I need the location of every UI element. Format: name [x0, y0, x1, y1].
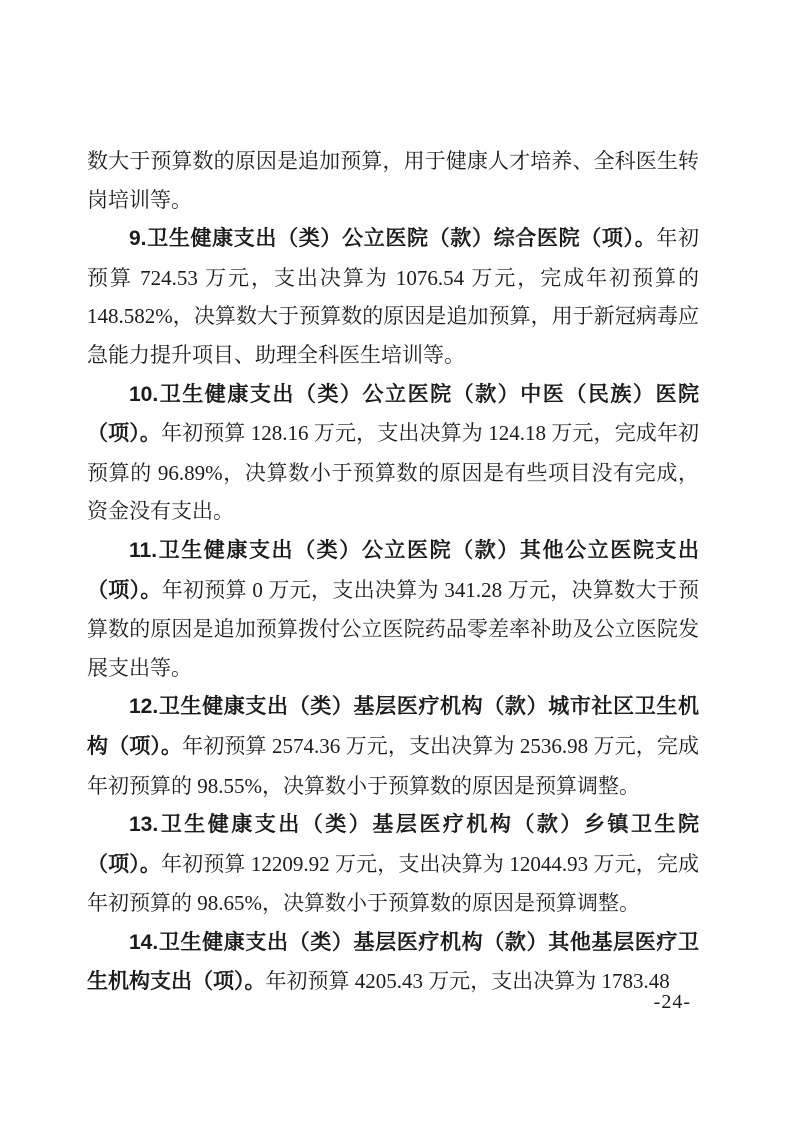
document-page: 数大于预算数的原因是追加预算，用于健康人才培养、全科医生转岗培训等。 9.卫生健… — [0, 0, 793, 1122]
paragraph-body: 数大于预算数的原因是追加预算，用于健康人才培养、全科医生转岗培训等。 — [87, 149, 699, 212]
paragraph-body: 年初预算 128.16 万元，支出决算为 124.18 万元，完成年初预算的 9… — [87, 421, 699, 523]
paragraph-body: 年初预算 4205.43 万元，支出决算为 1783.48 — [266, 969, 670, 993]
paragraph-heading: 9.卫生健康支出（类）公立医院（款）综合医院（项）。 — [129, 227, 656, 250]
paragraph-item-12: 12.卫生健康支出（类）基层医疗机构（款）城市社区卫生机构（项）。年初预算 25… — [87, 687, 699, 805]
paragraph-item-14: 14.卫生健康支出（类）基层医疗机构（款）其他基层医疗卫生机构支出（项）。年初预… — [87, 923, 699, 1002]
page-body-text: 数大于预算数的原因是追加预算，用于健康人才培养、全科医生转岗培训等。 9.卫生健… — [87, 142, 699, 1002]
paragraph-item-11: 11.卫生健康支出（类）公立医院（款）其他公立医院支出（项）。年初预算 0 万元… — [87, 531, 699, 687]
page-number: -24- — [654, 991, 691, 1014]
paragraph-body: 年初预算 0 万元，支出决算为 341.28 万元，决算数大于预算数的原因是追加… — [87, 578, 699, 680]
paragraph-item-9: 9.卫生健康支出（类）公立医院（款）综合医院（项）。年初预算 724.53 万元… — [87, 219, 699, 374]
paragraph-item-10: 10.卫生健康支出（类）公立医院（款）中医（民族）医院（项）。年初预算 128.… — [87, 375, 699, 531]
paragraph-item-13: 13.卫生健康支出（类）基层医疗机构（款）乡镇卫生院（项）。年初预算 12209… — [87, 805, 699, 923]
paragraph-body: 年初预算 12209.92 万元，支出决算为 12044.93 万元，完成年初预… — [87, 852, 699, 916]
paragraph-continuation: 数大于预算数的原因是追加预算，用于健康人才培养、全科医生转岗培训等。 — [87, 142, 699, 219]
